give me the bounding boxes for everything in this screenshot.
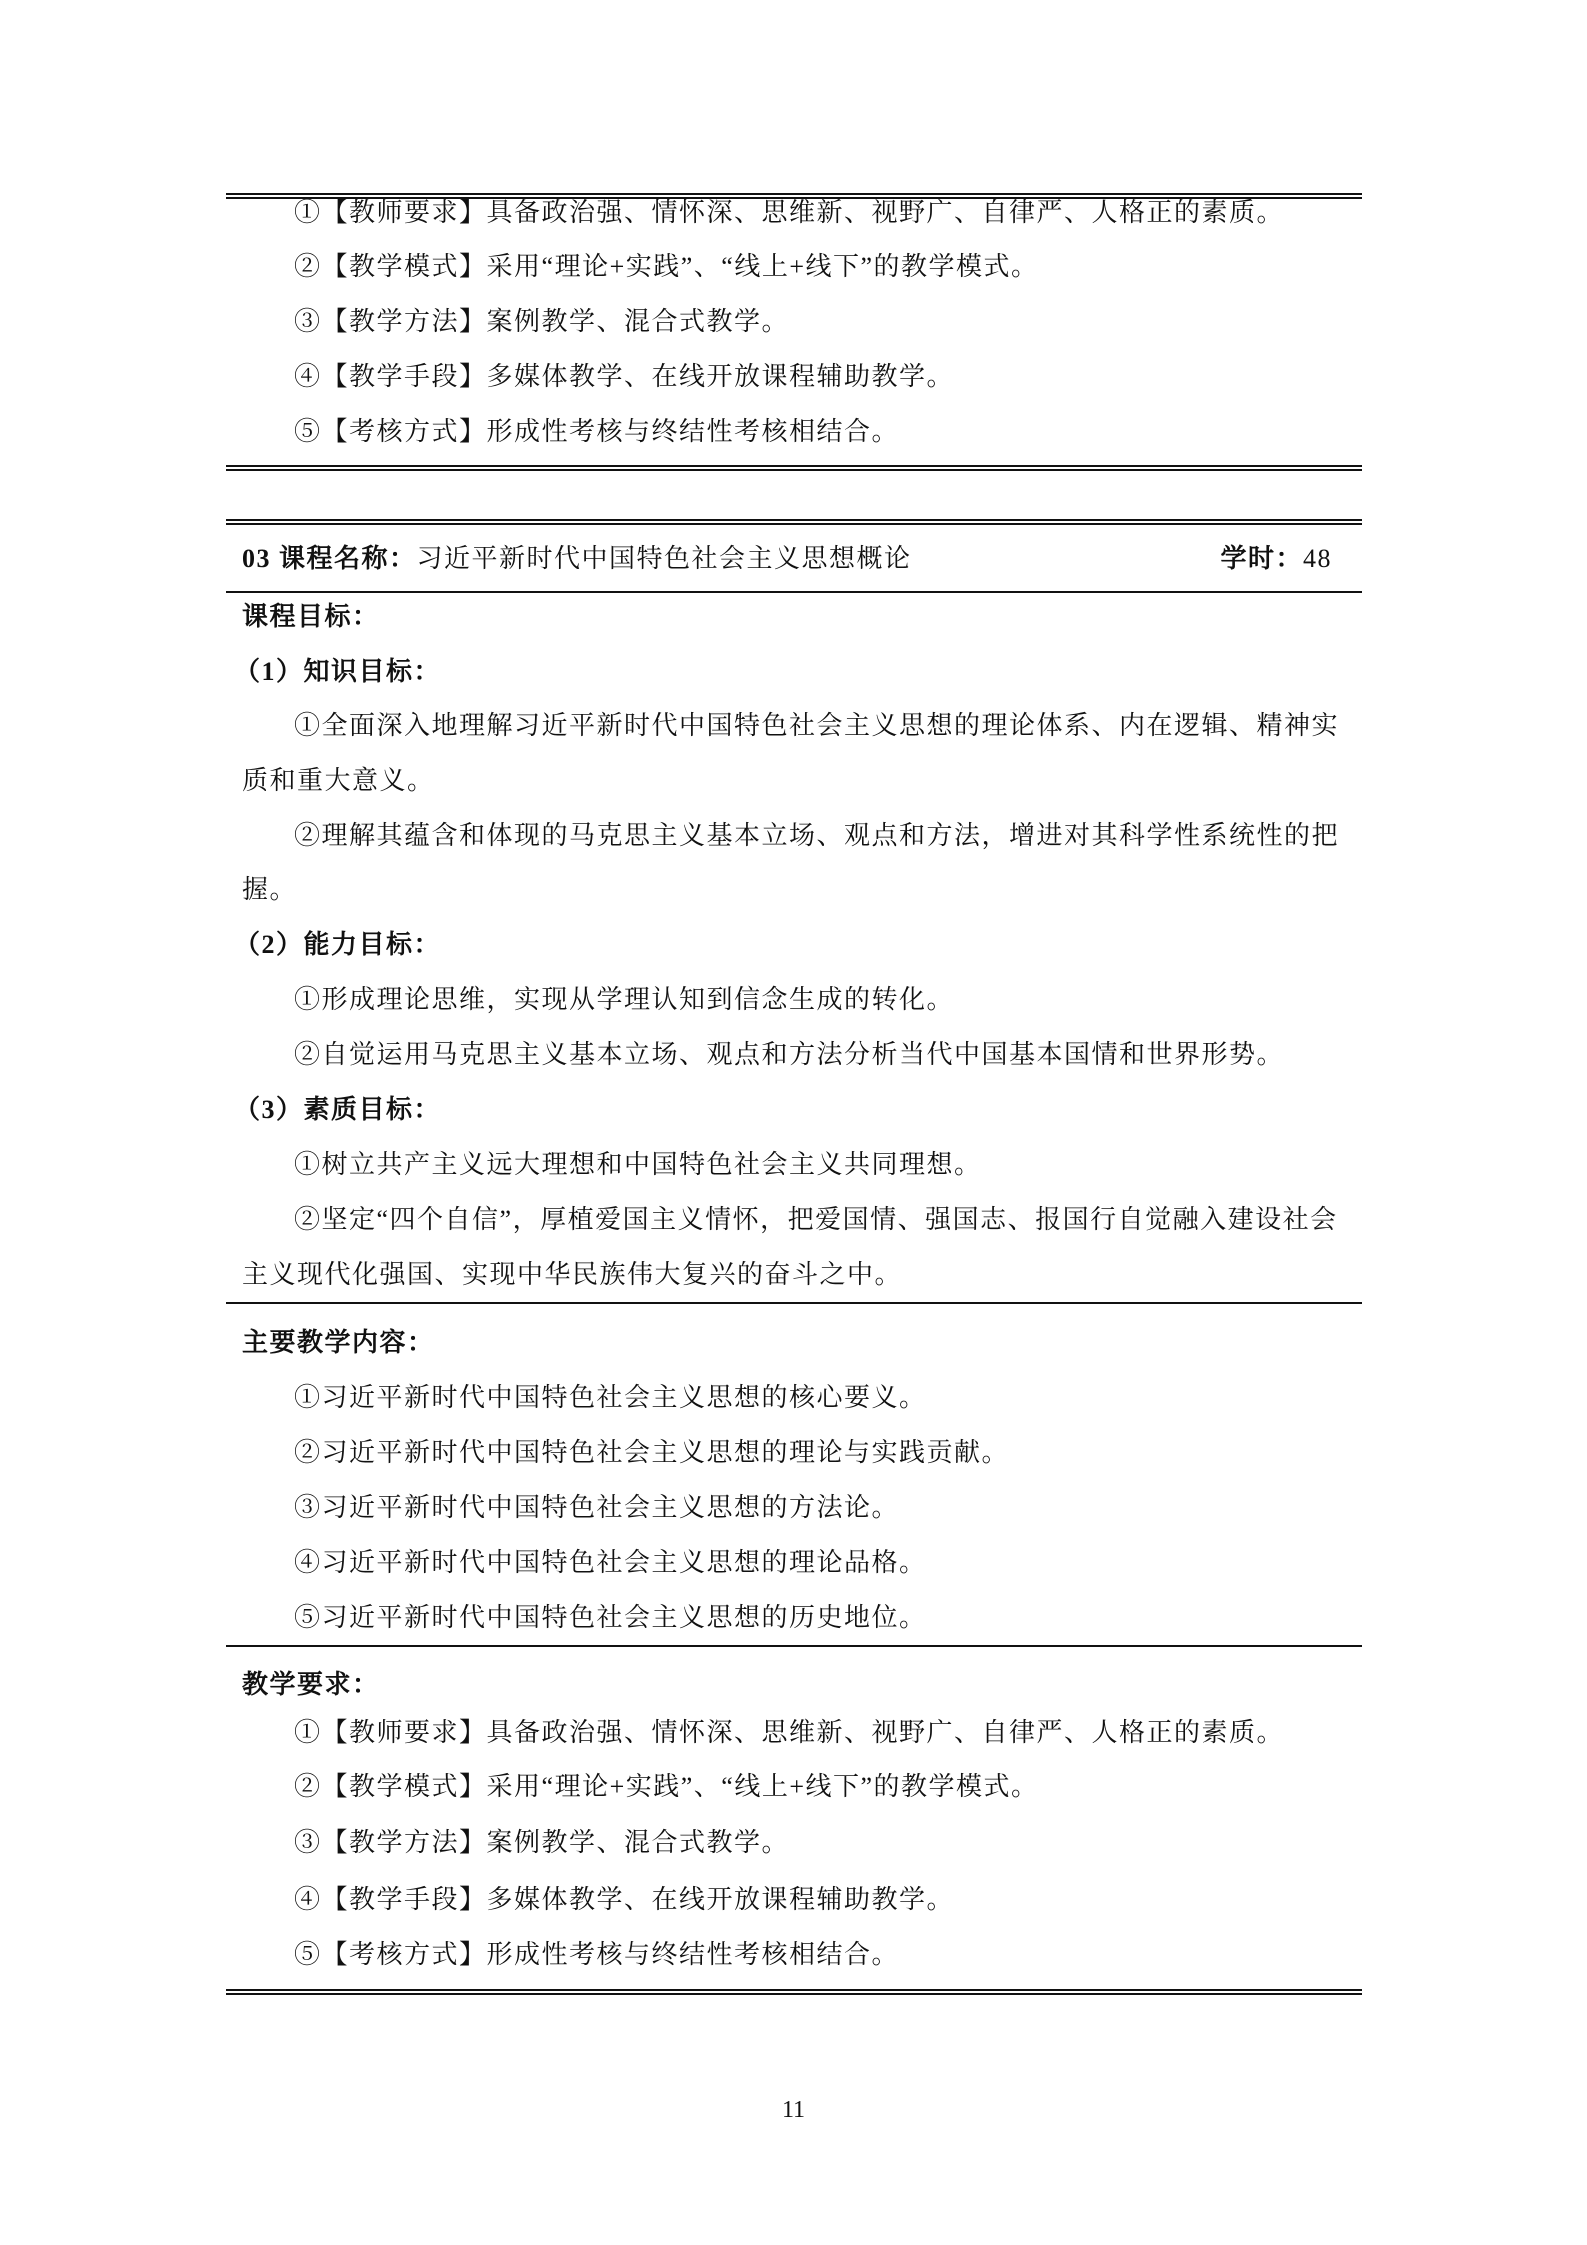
ability-objective-title: （2）能力目标：: [234, 925, 1354, 965]
item-text: 具备政治强、情怀深、思维新、视野广、自律严、人格正的素质。: [487, 1718, 1285, 1747]
item-number: ①: [294, 198, 322, 227]
course-header: 03 课程名称：习近平新时代中国特色社会主义思想概论 学时：48: [242, 539, 1362, 579]
item-text: 案例教学、混合式教学。: [487, 1828, 790, 1857]
item-text: 多媒体教学、在线开放课程辅助教学。: [487, 362, 955, 391]
item-number: ③: [294, 307, 322, 336]
course-name-label: 课程名称：: [279, 544, 417, 573]
item-text: 形成性考核与终结性考核相结合。: [487, 1940, 900, 1969]
item-tag: 【教学方法】: [322, 1828, 487, 1857]
item-number: ②: [294, 1772, 322, 1801]
requirements-title: 教学要求：: [242, 1665, 1362, 1705]
course-hours: 学时：48: [1220, 539, 1332, 579]
course-name: 习近平新时代中国特色社会主义思想概论: [417, 544, 912, 573]
item-number: ③: [294, 1828, 322, 1857]
item-text: 多媒体教学、在线开放课程辅助教学。: [487, 1885, 955, 1914]
content-item-3: ③习近平新时代中国特色社会主义思想的方法论。: [294, 1488, 1414, 1528]
prev-requirement-2: ②【教学模式】采用“理论+实践”、“线上+线下”的教学模式。: [294, 247, 1414, 287]
requirement-5: ⑤【考核方式】形成性考核与终结性考核相结合。: [294, 1935, 1414, 1975]
requirement-1: ①【教师要求】具备政治强、情怀深、思维新、视野广、自律严、人格正的素质。: [294, 1713, 1414, 1753]
prev-requirement-5: ⑤【考核方式】形成性考核与终结性考核相结合。: [294, 412, 1414, 452]
item-tag: 【教师要求】: [322, 1718, 487, 1747]
content-title: 主要教学内容：: [242, 1323, 1362, 1363]
objectives-bottom-rule: [226, 1302, 1362, 1304]
course-number: 03: [242, 544, 271, 573]
course-top-rule: [226, 519, 1362, 525]
item-number: ④: [294, 362, 322, 391]
content-item-4: ④习近平新时代中国特色社会主义思想的理论品格。: [294, 1543, 1414, 1583]
item-tag: 【教师要求】: [322, 198, 487, 227]
item-tag: 【教学方法】: [322, 307, 487, 336]
item-tag: 【考核方式】: [322, 417, 487, 446]
quality-line-3: 主义现代化强国、实现中华民族伟大复兴的奋斗之中。: [242, 1255, 1362, 1295]
item-tag: 【考核方式】: [322, 1940, 487, 1969]
course-hours-value: 48: [1303, 544, 1332, 573]
knowledge-line-1: ①全面深入地理解习近平新时代中国特色社会主义思想的理论体系、内在逻辑、精神实: [294, 706, 1414, 746]
item-text: 形成性考核与终结性考核相结合。: [487, 417, 900, 446]
section-bottom-rule: [226, 465, 1362, 471]
item-tag: 【教学手段】: [322, 362, 487, 391]
content-item-2: ②习近平新时代中国特色社会主义思想的理论与实践贡献。: [294, 1433, 1414, 1473]
item-number: ④: [294, 1885, 322, 1914]
item-number: ②: [294, 252, 322, 281]
item-number: ⑤: [294, 417, 322, 446]
ability-line-1: ①形成理论思维，实现从学理认知到信念生成的转化。: [294, 980, 1414, 1020]
item-tag: 【教学模式】: [322, 252, 487, 281]
prev-requirement-1: ①【教师要求】具备政治强、情怀深、思维新、视野广、自律严、人格正的素质。: [294, 193, 1414, 233]
course-title: 03 课程名称：习近平新时代中国特色社会主义思想概论: [242, 539, 912, 579]
item-text: 具备政治强、情怀深、思维新、视野广、自律严、人格正的素质。: [487, 198, 1285, 227]
item-text: 采用“理论+实践”、“线上+线下”的教学模式。: [487, 1772, 1039, 1801]
knowledge-line-4: 握。: [242, 870, 1362, 910]
requirement-3: ③【教学方法】案例教学、混合式教学。: [294, 1823, 1414, 1863]
content-item-5: ⑤习近平新时代中国特色社会主义思想的历史地位。: [294, 1598, 1414, 1638]
prev-requirement-4: ④【教学手段】多媒体教学、在线开放课程辅助教学。: [294, 357, 1414, 397]
page-number: 11: [0, 2095, 1587, 2125]
requirement-4: ④【教学手段】多媒体教学、在线开放课程辅助教学。: [294, 1880, 1414, 1920]
item-text: 案例教学、混合式教学。: [487, 307, 790, 336]
course-header-rule: [226, 591, 1362, 593]
content-bottom-rule: [226, 1645, 1362, 1647]
objectives-title: 课程目标：: [242, 597, 1362, 637]
item-number: ①: [294, 1718, 322, 1747]
quality-line-2: ②坚定“四个自信”，厚植爱国主义情怀，把爱国情、强国志、报国行自觉融入建设社会: [294, 1200, 1414, 1240]
course-bottom-rule: [226, 1989, 1362, 1995]
ability-line-2: ②自觉运用马克思主义基本立场、观点和方法分析当代中国基本国情和世界形势。: [294, 1035, 1414, 1075]
requirement-2: ②【教学模式】采用“理论+实践”、“线上+线下”的教学模式。: [294, 1767, 1414, 1807]
knowledge-line-2: 质和重大意义。: [242, 761, 1362, 801]
content-item-1: ①习近平新时代中国特色社会主义思想的核心要义。: [294, 1378, 1414, 1418]
quality-objective-title: （3）素质目标：: [234, 1090, 1354, 1130]
knowledge-line-3: ②理解其蕴含和体现的马克思主义基本立场、观点和方法，增进对其科学性系统性的把: [294, 816, 1414, 856]
knowledge-objective-title: （1）知识目标：: [234, 652, 1354, 692]
prev-requirement-3: ③【教学方法】案例教学、混合式教学。: [294, 302, 1414, 342]
item-number: ⑤: [294, 1940, 322, 1969]
item-text: 采用“理论+实践”、“线上+线下”的教学模式。: [487, 252, 1039, 281]
item-tag: 【教学手段】: [322, 1885, 487, 1914]
item-tag: 【教学模式】: [322, 1772, 487, 1801]
course-hours-label: 学时：: [1220, 544, 1303, 573]
quality-line-1: ①树立共产主义远大理想和中国特色社会主义共同理想。: [294, 1145, 1414, 1185]
